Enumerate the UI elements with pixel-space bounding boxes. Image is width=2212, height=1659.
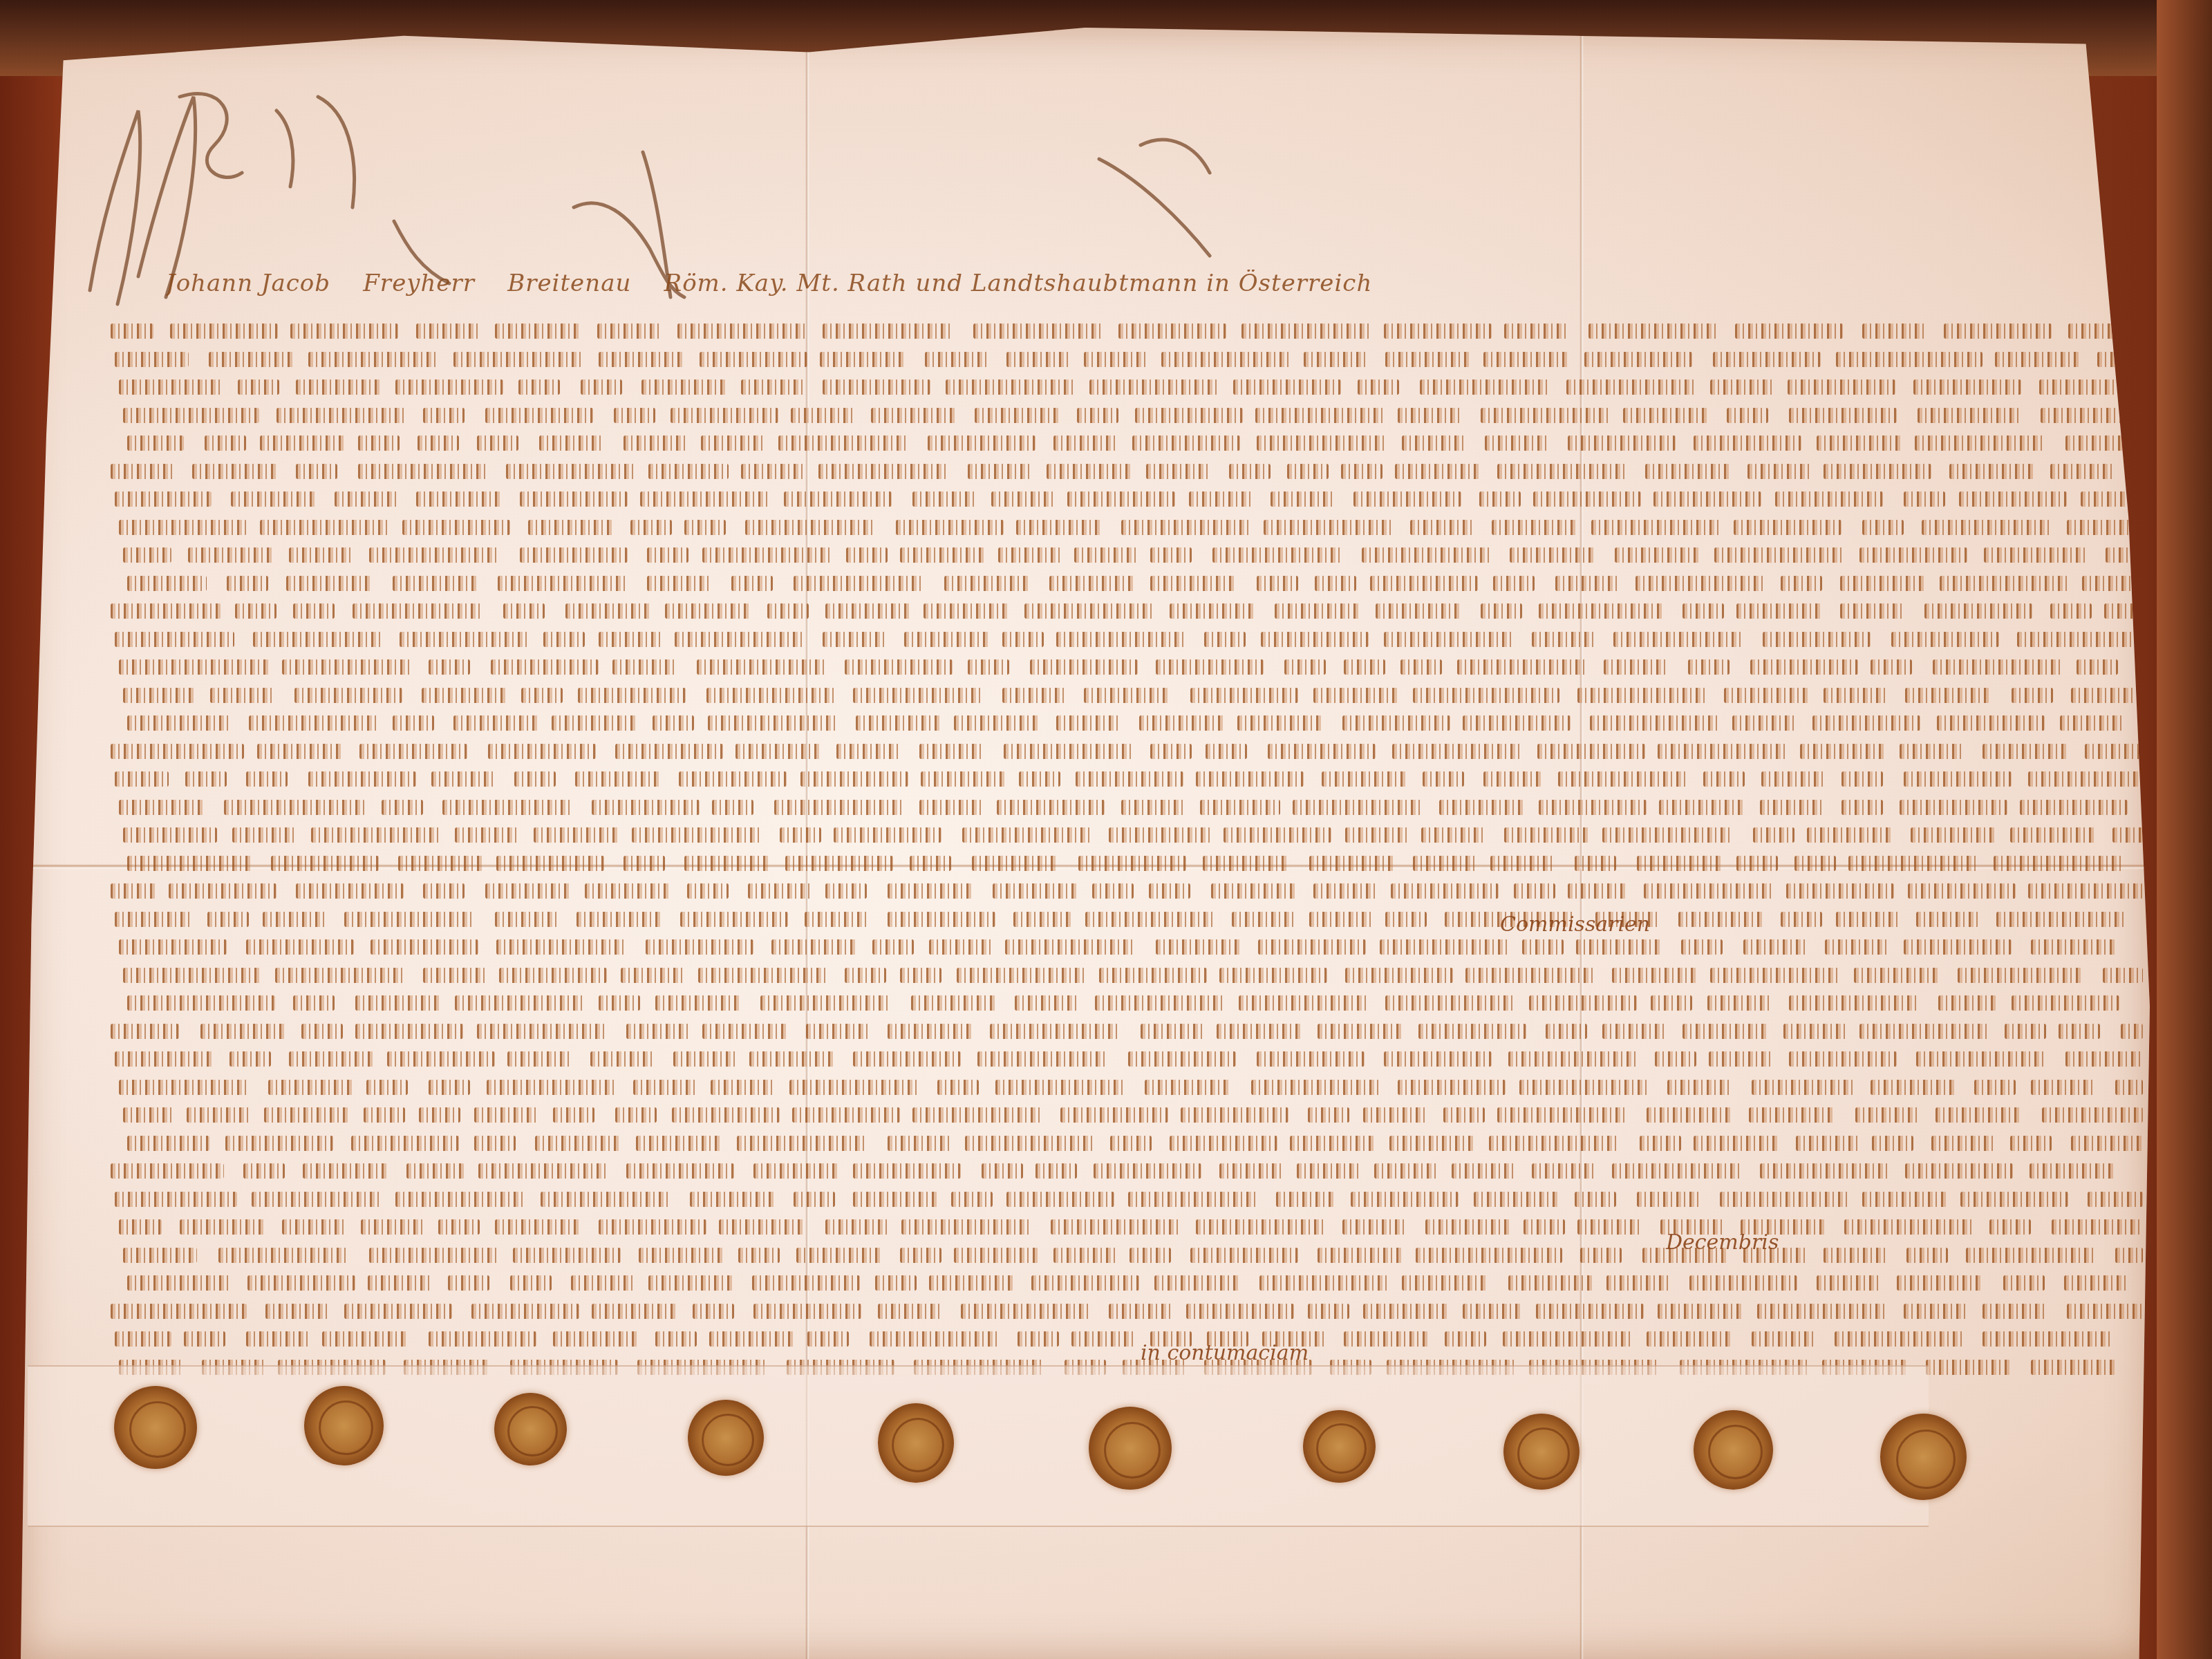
- heading-title: Freyherr: [363, 270, 475, 297]
- wax-seal-icon: [1089, 1407, 1172, 1490]
- manuscript-line: [111, 934, 2157, 962]
- manuscript-line: [111, 878, 2157, 906]
- manuscript-line: [111, 1046, 2157, 1074]
- manuscript-line: [111, 1158, 2157, 1186]
- wax-seal-icon: [1694, 1410, 1773, 1490]
- manuscript-line: [111, 402, 2157, 431]
- manuscript-line: [111, 1242, 2157, 1271]
- manuscript-line: [111, 962, 2157, 991]
- manuscript-line: [111, 458, 2157, 487]
- manuscript-line: [111, 346, 2157, 375]
- heading-place: Breitenau: [507, 270, 631, 297]
- wax-seal-icon: [1503, 1414, 1580, 1490]
- wax-seal-icon: [494, 1393, 567, 1465]
- manuscript-line: [111, 1074, 2157, 1103]
- body-fragment-decembris: Decembris: [1666, 1230, 1779, 1255]
- manuscript-line: [111, 486, 2157, 514]
- wax-seal-icon: [304, 1386, 384, 1465]
- manuscript-line: [111, 906, 2157, 935]
- manuscript-line: [111, 1018, 2157, 1047]
- manuscript-line: [111, 1102, 2157, 1130]
- manuscript-line: [111, 850, 2157, 879]
- manuscript-line: [111, 1214, 2157, 1242]
- manuscript-line: [111, 598, 2157, 626]
- manuscript-line: [111, 1186, 2157, 1215]
- manuscript-line: [111, 738, 2157, 767]
- manuscript-line: [111, 374, 2157, 402]
- heading-office: Röm. Kay. Mt. Rath und Landtshaubtmann i…: [664, 270, 1373, 297]
- wax-seal-icon: [688, 1400, 764, 1476]
- manuscript-line: [111, 1130, 2157, 1159]
- manuscript-line: [111, 1326, 2157, 1354]
- manuscript-line: [111, 1270, 2157, 1298]
- wax-seal-icon: [878, 1403, 954, 1483]
- manuscript-line: [111, 822, 2157, 850]
- wax-seal-icon: [1880, 1414, 1967, 1500]
- manuscript-body-text: [111, 318, 2157, 1382]
- manuscript-line: [111, 542, 2157, 570]
- wax-seals-row: [0, 1355, 2212, 1507]
- body-fragment-commissarien: Commissarien: [1500, 912, 1650, 937]
- manuscript-line: [111, 1298, 2157, 1327]
- manuscript-line: [111, 766, 2157, 794]
- manuscript-line: [111, 514, 2157, 543]
- wax-seal-icon: [114, 1386, 197, 1469]
- heading-name: Johann Jacob: [166, 270, 330, 297]
- manuscript-line: [111, 654, 2157, 682]
- manuscript-line: [111, 626, 2157, 655]
- manuscript-line: [111, 682, 2157, 711]
- manuscript-line: [111, 990, 2157, 1018]
- manuscript-line: [111, 430, 2157, 458]
- manuscript-line: [111, 794, 2157, 823]
- wax-seal-icon: [1303, 1410, 1376, 1483]
- document-heading: Johann Jacob Freyherr Breitenau Röm. Kay…: [166, 270, 2171, 311]
- manuscript-line: [111, 318, 2157, 346]
- manuscript-line: [111, 710, 2157, 738]
- manuscript-line: [111, 570, 2157, 599]
